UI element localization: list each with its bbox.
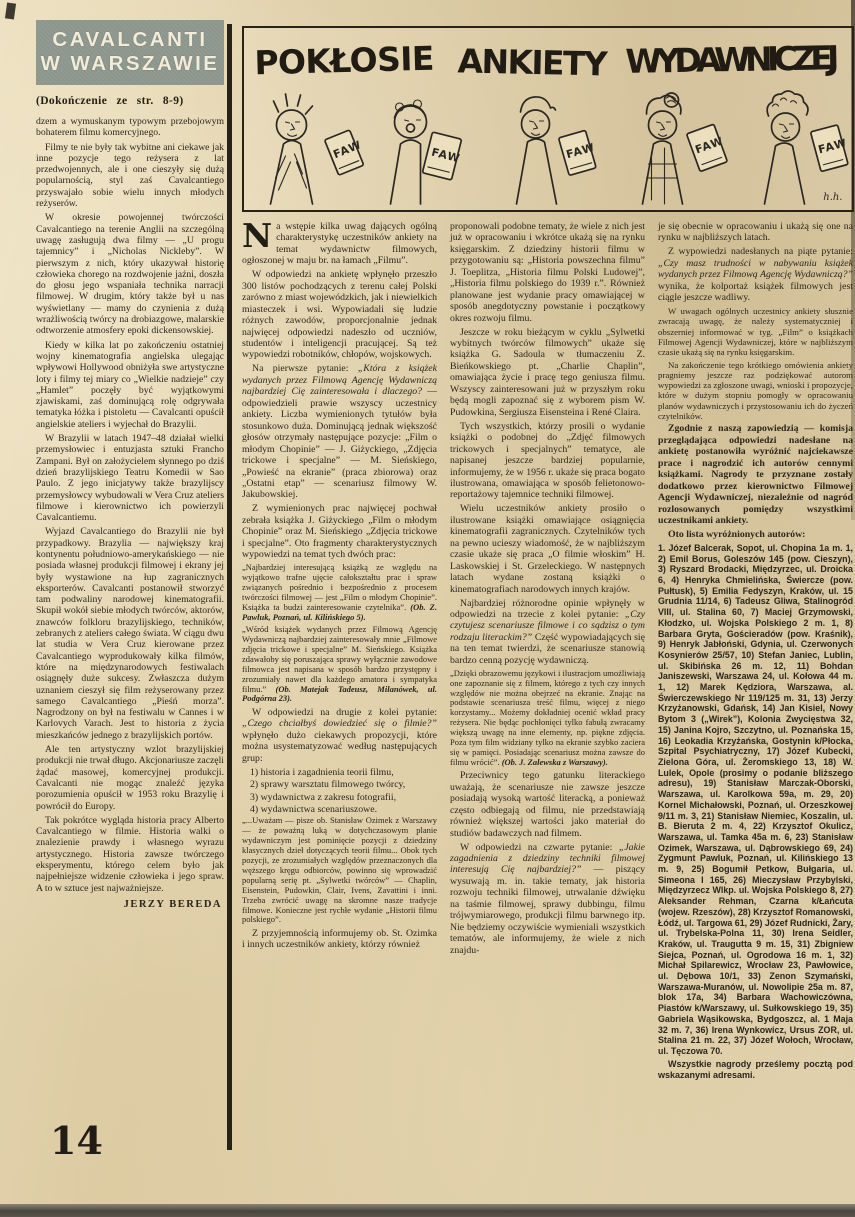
- paragraph: Zgodnie z naszą zapowiedzią — komisja pr…: [658, 423, 853, 526]
- column-divider-rule: [227, 24, 232, 1150]
- book: FAW: [422, 132, 465, 181]
- headline-word-1: POKŁOSIE: [254, 39, 437, 83]
- list-item: 4) wydawnictwa scenariuszowe.: [242, 804, 437, 815]
- list-item: 3) wydawnictwa z zakresu fotografii,: [242, 792, 437, 803]
- article-columns: Na wstępie kilka uwag dających ogólną ch…: [242, 221, 854, 1199]
- paragraph: Tak pokrótce wygląda historia pracy Albe…: [36, 815, 224, 894]
- reader-figure: FAW: [517, 97, 601, 204]
- left-article-title-line2: W WARSZAWIE: [38, 52, 222, 76]
- paragraph: Najbardziej różnorodne opinie wpłynęły w…: [450, 598, 645, 667]
- paragraph: Kiedy w kilka lat po zakończeniu ostatni…: [36, 340, 224, 430]
- paragraph: Filmy te nie były tak wybitne ani ciekaw…: [36, 142, 224, 210]
- paragraph: Tych wszystkich, którzy prosili o wydani…: [450, 421, 645, 501]
- survey-question: „Czy masz trudności w nabywaniu książek …: [658, 258, 853, 280]
- paragraph: Oto lista wyróżnionych autorów:: [658, 529, 853, 540]
- book: FAW: [559, 129, 601, 175]
- paragraph: W Brazylii w latach 1947–48 działał wiel…: [36, 433, 224, 523]
- main-article: POKŁOSIE ANKIETY WYDAWNICZEJ FAW: [242, 26, 854, 1199]
- list-item: 2) sprawy warsztatu filmowego twórcy,: [242, 779, 437, 790]
- paragraph: Ale ten artystyczny wzlot brazylijskiej …: [36, 744, 224, 812]
- paragraph: W odpowiedzi na drugie z kolei pytanie: …: [242, 707, 437, 764]
- paragraph: W odpowiedzi na czwarte pytanie: „Jakie …: [450, 842, 645, 957]
- headline-word-2: ANKIETY: [457, 41, 610, 83]
- paragraph: je się obecnie w opracowaniu i ukażą się…: [658, 221, 853, 244]
- text-column-3: je się obecnie w opracowaniu i ukażą się…: [658, 221, 853, 1199]
- text-column-2: proponowali podobne tematy, że wiele z n…: [450, 221, 645, 1199]
- reader-figure: FAW: [643, 93, 731, 204]
- paragraph: Przeciwnicy tego gatunku literackiego uw…: [450, 770, 645, 839]
- left-article-title-line1: CAVALCANTI: [38, 28, 222, 52]
- paragraph: Jeszcze w roku bieżącym w cyklu „Sylwetk…: [450, 327, 645, 419]
- reader-figure: FAW: [765, 91, 852, 204]
- continuation-note: (Dokończenie ze str. 8-9): [36, 95, 224, 107]
- reader-quote: „Wśród książek wydanych przez Filmową Ag…: [242, 625, 437, 704]
- paragraph: Wyjazd Cavalcantiego do Brazylii nie był…: [36, 526, 224, 741]
- winners-list: 1. Józef Balcerak, Sopot, ul. Chopina 1a…: [658, 543, 853, 1057]
- reader-figure: FAW: [271, 94, 369, 204]
- paragraph: Na pierwsze pytanie: „Która z książek wy…: [242, 363, 437, 500]
- magazine-page: { "page": { "number": "14" }, "left_arti…: [0, 0, 855, 1217]
- paragraph: Wielu uczestników ankiety prosiło o ilus…: [450, 503, 645, 595]
- left-article: CAVALCANTI W WARSZAWIE (Dokończenie ze s…: [36, 20, 224, 910]
- drop-cap: N: [242, 221, 276, 249]
- page-number: 14: [50, 1118, 103, 1163]
- headline-illustration-box: POKŁOSIE ANKIETY WYDAWNICZEJ FAW: [242, 26, 854, 212]
- headline-cartoon: POKŁOSIE ANKIETY WYDAWNICZEJ FAW: [244, 28, 851, 209]
- paragraph: Z przyjemnością informujemy ob. St. Ozim…: [242, 928, 437, 951]
- reader-quote: „...Uważam — pisze ob. Stanisław Ozimek …: [242, 816, 437, 925]
- reader-figure: FAW: [391, 100, 465, 204]
- text-column-1: Na wstępie kilka uwag dających ogólną ch…: [242, 221, 437, 1199]
- lead-paragraph: Na wstępie kilka uwag dających ogólną ch…: [242, 221, 437, 267]
- paragraph: Wszystkie nagrody prześlemy pocztą pod w…: [658, 1059, 853, 1081]
- paragraph: proponowali podobne tematy, że wiele z n…: [450, 221, 645, 324]
- survey-question: „Czego chciałbyś dowiedzieć się o filmie…: [242, 718, 437, 729]
- left-article-header: CAVALCANTI W WARSZAWIE: [36, 20, 224, 85]
- book: FAW: [687, 123, 731, 172]
- paragraph: W odpowiedzi na ankietę wpłynęło przeszł…: [242, 269, 437, 361]
- paragraph: Na zakończenie tego krótkiego omówienia …: [658, 360, 853, 421]
- book: FAW: [811, 124, 852, 172]
- quote-attribution: (Ob. J. Zalewska z Warszawy).: [502, 757, 608, 767]
- book: FAW: [325, 128, 369, 175]
- artist-mark: h.h.: [823, 192, 842, 203]
- left-article-body: dzem a wymuskanym typowym przebojowym bo…: [36, 116, 224, 894]
- scan-artifact-bottom-edge: [0, 1204, 855, 1217]
- headline-word-3: WYDAWNICZEJ: [625, 38, 842, 81]
- paragraph: Z wymienionych prac najwięcej pochwał ze…: [242, 503, 437, 560]
- paragraph: dzem a wymuskanym typowym przebojowym bo…: [36, 116, 224, 139]
- reader-quote: „Dzięki obrazowemu językowi i ilustracjo…: [450, 669, 645, 768]
- list-item: 1) historia i zagadnienia teorii filmu,: [242, 767, 437, 778]
- author-signature: JERZY BEREDA: [36, 899, 224, 910]
- paragraph: Z wypowiedzi nadesłanych na piąte pytani…: [658, 246, 853, 303]
- paragraph: W uwagach ogólnych uczestnicy ankiety sł…: [658, 306, 853, 357]
- reader-quote: „Najbardziej interesującą książką ze wzg…: [242, 563, 437, 622]
- paragraph: W okresie powojennej twórczości Cavalcan…: [36, 212, 224, 336]
- scan-artifact-corner: [5, 2, 16, 19]
